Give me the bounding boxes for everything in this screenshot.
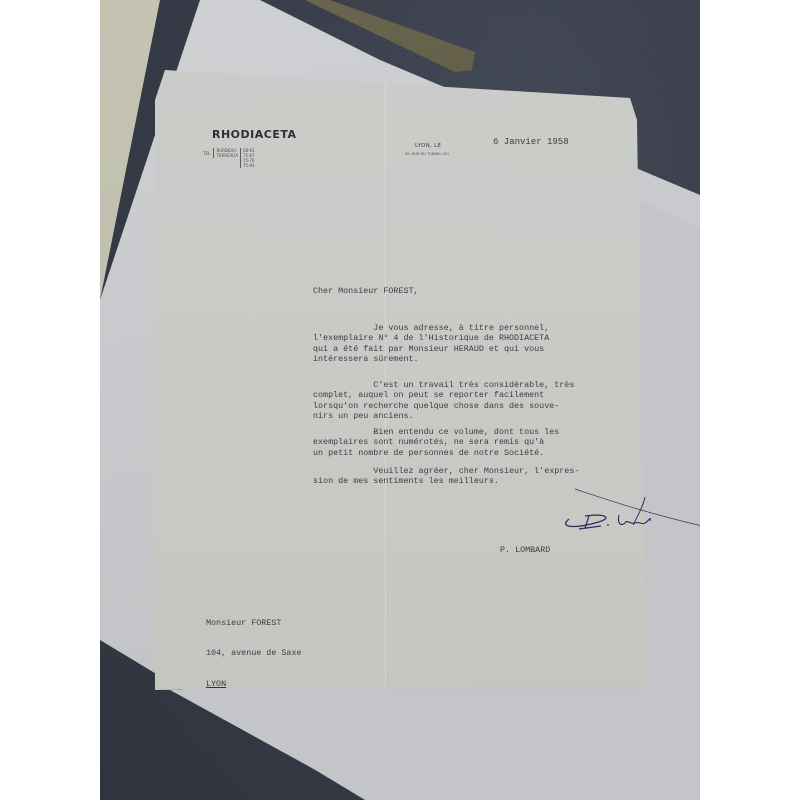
handwritten-signature-icon: [555, 485, 700, 545]
letter-paragraph: Bien entendu ce volume, dont tous les ex…: [313, 427, 559, 458]
photo-frame: RHODIACETA TEL. BURDEAU TERREAUX 58-61 7…: [100, 0, 700, 800]
letter-paragraph: Veuillez agréer, cher Monsieur, l'expres…: [313, 466, 579, 487]
letterhead-street: 45, RUE DU TUNNEL (VI): [405, 152, 449, 156]
recipient-address: Monsieur FOREST 104, avenue de Saxe LYON: [206, 597, 302, 710]
letterhead-company: RHODIACETA: [212, 128, 297, 141]
recipient-name: Monsieur FOREST: [206, 618, 302, 628]
letter-paragraph: Je vous adresse, à titre personnel, l'ex…: [313, 323, 549, 364]
recipient-city: LYON: [206, 679, 302, 689]
tel-number: 75-93: [243, 163, 255, 168]
tel-exchanges: BURDEAU TERREAUX: [213, 148, 237, 158]
letter-paragraph: C'est un travail très considérable, très…: [313, 380, 574, 421]
letterhead-city: LYON, LE: [415, 143, 441, 149]
tel-numbers: 58-61 75-67 75-76 75-93: [240, 148, 255, 168]
letter-salutation: Cher Monsieur FOREST,: [313, 286, 419, 296]
tel-label: TEL.: [203, 151, 211, 156]
signatory-name: P. LOMBARD: [500, 545, 550, 555]
recipient-street: 104, avenue de Saxe: [206, 648, 302, 658]
letter-date: 6 Janvier 1958: [493, 137, 569, 147]
tel-exchange: TERREAUX: [216, 153, 237, 158]
letterhead-telephone: TEL. BURDEAU TERREAUX 58-61 75-67 75-76 …: [203, 148, 255, 168]
